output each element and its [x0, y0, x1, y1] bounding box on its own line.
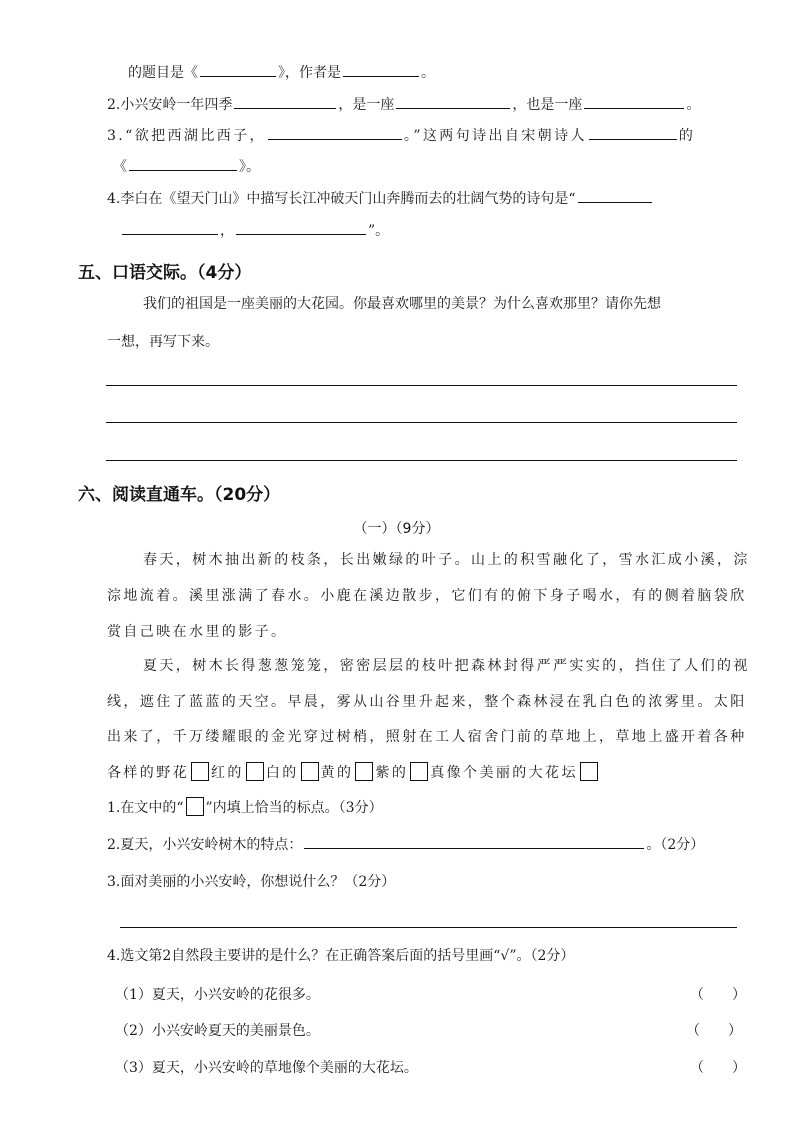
oral-prompt-line1: 我们的祖国是一座美丽的大花园。你最喜欢哪里的美景？为什么喜欢那里？请你先想 [143, 294, 661, 314]
passage-line: 赏自己映在水里的影子。 [107, 622, 287, 642]
writing-line[interactable] [106, 460, 737, 461]
fill-q1-continuation: 的题目是《》，作者是。 [128, 62, 435, 83]
fill-q3-line2: 《》。 [113, 156, 260, 177]
text: 黄的 [321, 765, 354, 781]
text: 4.李白在《望天门山》中描写长江冲破天门山奔腾而去的壮阔气势的诗句是“ [107, 191, 576, 207]
fill-q4: 4.李白在《望天门山》中描写长江冲破天门山奔腾而去的壮阔气势的诗句是“ [107, 188, 654, 209]
text: 紫的 [375, 765, 408, 781]
answer-blank[interactable] [304, 834, 644, 849]
answer-blank-author[interactable] [343, 62, 419, 77]
text: 各样的野花 [107, 765, 189, 781]
answer-blank[interactable] [584, 94, 684, 109]
punctuation-box[interactable] [580, 762, 598, 781]
fill-q2: 2.小兴安岭一年四季，是一座，也是一座。 [107, 94, 700, 115]
punctuation-box[interactable] [246, 762, 264, 781]
question-1: 1.在文中的“”内填上恰当的标点。（3分） [107, 797, 383, 818]
example-box-icon [186, 797, 204, 816]
writing-line[interactable] [106, 422, 737, 423]
question-3: 3.面对美丽的小兴安岭，你想说什么？（2分） [107, 872, 395, 892]
text: 。（2分） [646, 837, 704, 853]
answer-blank[interactable] [268, 125, 402, 140]
option-3-checkbox[interactable]: （ ） [690, 1058, 746, 1078]
answer-blank[interactable] [578, 188, 652, 203]
text: 真像个美丽的大花坛 [430, 765, 578, 781]
passage-line: 淙地流着。溪里涨满了春水。小鹿在溪边散步，它们有的俯下身子喝水，有的侧着脑袋欣 [107, 586, 747, 606]
answer-blank[interactable] [234, 94, 336, 109]
text: 白的 [266, 765, 299, 781]
punctuation-box[interactable] [301, 762, 319, 781]
text: ， [220, 223, 234, 239]
punctuation-box[interactable] [410, 762, 428, 781]
text: ，是一座 [338, 97, 394, 113]
text: 。 [686, 97, 700, 113]
passage-line: 线，遮住了蓝蓝的天空。早晨，雾从山谷里升起来，整个森林浸在乳白色的浓雾里。太阳 [107, 692, 747, 712]
text: 的 [679, 128, 695, 144]
text: 2.夏天，小兴安岭树木的特点： [107, 837, 302, 853]
text: 》，作者是 [278, 65, 341, 81]
text: 1.在文中的“ [107, 800, 184, 816]
option-3-label: （3）夏天，小兴安岭的草地像个美丽的大花坛。 [115, 1058, 418, 1078]
text: ，也是一座 [512, 97, 582, 113]
text: 的题目是《 [128, 65, 198, 81]
answer-line[interactable] [120, 927, 737, 928]
fill-q3: 3.“欲把西湖比西子，。”这两句诗出自宋朝诗人的 [107, 125, 695, 146]
passage-line: 夏天，树木长得葱葱笼笼，密密层层的枝叶把森林封得严严实实的，挡住了人们的视 [143, 656, 750, 676]
option-1-checkbox[interactable]: （ ） [690, 985, 746, 1005]
option-2-checkbox[interactable]: （ ） [686, 1021, 742, 1041]
writing-line[interactable] [106, 385, 737, 386]
punctuation-box[interactable] [191, 762, 209, 781]
text: 红的 [211, 765, 244, 781]
section-heading-oral: 五、口语交际。（4分） [78, 258, 251, 283]
text: 。 [421, 65, 435, 81]
oral-prompt-line2: 一想，再写下来。 [107, 332, 219, 352]
section-heading-reading: 六、阅读直通车。（20分） [78, 480, 280, 505]
answer-blank[interactable] [396, 94, 510, 109]
text: ”。 [368, 223, 389, 239]
answer-blank[interactable] [122, 220, 218, 235]
question-4: 4.选文第2自然段主要讲的是什么？在正确答案后面的括号里画“√”。（2分） [107, 946, 574, 966]
text: 》。 [239, 159, 260, 175]
punctuation-box[interactable] [355, 762, 373, 781]
option-2-label: （2）小兴安岭夏天的美丽景色。 [115, 1021, 320, 1041]
text: 《 [113, 159, 127, 175]
question-2: 2.夏天，小兴安岭树木的特点：。（2分） [107, 834, 704, 855]
text: 2.小兴安岭一年四季 [107, 97, 232, 113]
text: 3.“欲把西湖比西子， [107, 128, 266, 144]
answer-blank[interactable] [589, 125, 677, 140]
answer-blank-title[interactable] [200, 62, 276, 77]
text: 。”这两句诗出自宋朝诗人 [404, 128, 587, 144]
option-1-label: （1）夏天，小兴安岭的花很多。 [115, 985, 320, 1005]
fill-q4-line2: ，”。 [120, 220, 389, 241]
passage-line: 春天，树木抽出新的枝条，长出嫩绿的叶子。山上的积雪融化了，雪水汇成小溪，淙 [143, 550, 750, 570]
text: ”内填上恰当的标点。（3分） [206, 800, 383, 816]
passage-line: 出来了，千万缕耀眼的金光穿过树梢，照射在工人宿舍门前的草地上，草地上盛开着各种 [107, 727, 747, 747]
reading-part-title: （一）（9分） [0, 518, 793, 538]
answer-blank[interactable] [236, 220, 366, 235]
answer-blank[interactable] [129, 156, 237, 171]
passage-line-with-boxes: 各样的野花红的白的黄的紫的真像个美丽的大花坛 [107, 762, 600, 783]
